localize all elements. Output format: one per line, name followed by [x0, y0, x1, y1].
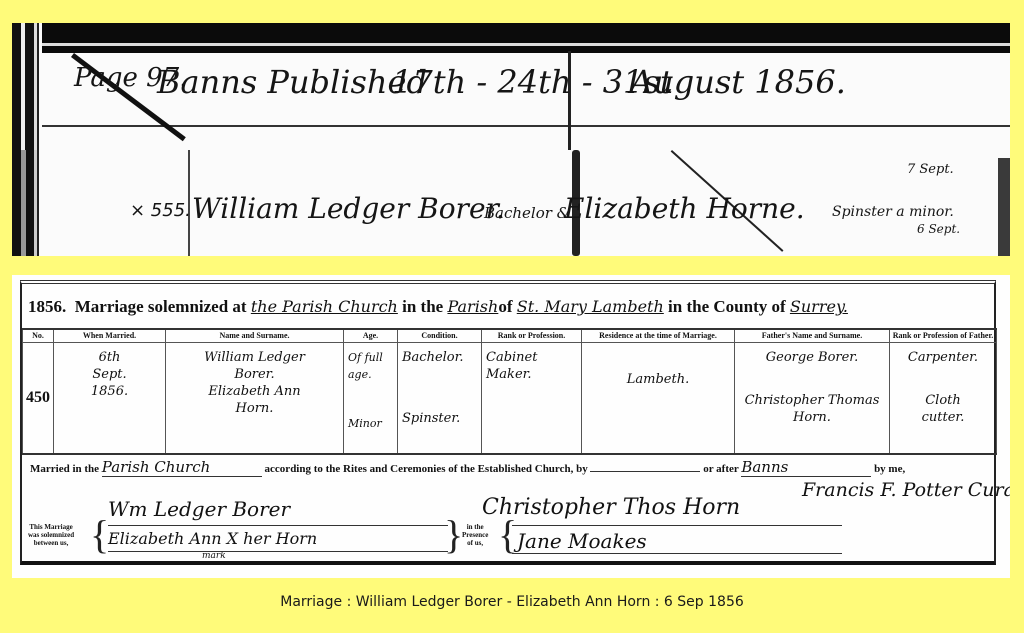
signature-line: [512, 525, 842, 526]
banns-bride-condition: Spinster a minor.: [832, 204, 954, 220]
condition-cell: Bachelor. Spinster.: [398, 342, 482, 454]
heading-text: in the: [402, 297, 443, 316]
banns-entry-banner: × 555. William Ledger Borer. Bachelor & …: [12, 150, 1010, 256]
row-rule: [42, 125, 1010, 127]
county-name: Surrey.: [790, 297, 848, 316]
col-header: Residence at the time of Marriage.: [582, 329, 735, 342]
district: Parish: [447, 297, 498, 316]
residence-cell: Lambeth.: [582, 342, 735, 454]
witness-2-signature: Jane Moakes: [517, 529, 647, 553]
groom-profession: Cabinet: [486, 349, 577, 366]
col-header: Age.: [344, 329, 398, 342]
place-of-marriage: the Parish Church: [251, 297, 398, 316]
parish-name: St. Mary Lambeth: [517, 297, 664, 316]
or-after-value: Banns: [741, 458, 871, 477]
left-brace: {: [498, 515, 517, 555]
col-header: No.: [23, 329, 54, 342]
banns-groom-condition: Bachelor &: [484, 204, 570, 222]
father-profession-cell: Carpenter. Cloth cutter.: [890, 342, 997, 454]
table-header-row: No. When Married. Name and Surname. Age.…: [23, 329, 997, 342]
entry-number: 450: [23, 342, 54, 454]
groom-name: William Ledger: [170, 349, 339, 366]
banns-published-banner: Page 97. Banns Published 17th - 24th - 3…: [12, 23, 1010, 150]
bride-father-profession: Cloth: [894, 392, 992, 409]
bride-signature: Elizabeth Ann X her Horn: [108, 529, 317, 548]
margin-note: 7 Sept.: [907, 162, 954, 177]
label-line: between us,: [28, 539, 74, 547]
groom-father-profession: Carpenter.: [894, 349, 992, 366]
residence: Lambeth.: [586, 371, 730, 388]
heading-text: in the County of: [668, 297, 786, 316]
age-cell: Of full age. Minor: [344, 342, 398, 454]
banns-groom-name: William Ledger Borer.: [192, 192, 505, 225]
by-me-label: by me,: [874, 463, 905, 475]
col-header: Name and Surname.: [166, 329, 344, 342]
groom-age: age.: [348, 366, 393, 383]
page-edge-dark: [12, 23, 1010, 53]
groom-age: Of full: [348, 349, 393, 366]
table-row: 450 6th Sept. 1856. William Ledger Borer…: [23, 342, 997, 454]
rites-text: according to the Rites and Ceremonies of…: [265, 463, 588, 475]
groom-profession: Maker.: [486, 366, 577, 383]
col-header: Father's Name and Surname.: [735, 329, 890, 342]
label-line: This Marriage: [28, 523, 74, 531]
right-brace: }: [444, 515, 463, 555]
bride-age: Minor: [348, 415, 393, 432]
signature-line: [108, 551, 448, 552]
register-heading: 1856. Marriage solemnized at the Parish …: [28, 297, 848, 317]
banns-bride-name: Elizabeth Horne.: [564, 192, 805, 225]
groom-surname: Borer.: [170, 366, 339, 383]
page-edge-right: [998, 158, 1010, 256]
witness-1-signature: Christopher Thos Horn: [482, 495, 740, 520]
label-line: Presence: [462, 531, 488, 539]
label-line: in the: [462, 523, 488, 531]
year: 1856.: [58, 383, 161, 400]
banns-month-year: August 1856.: [630, 63, 846, 101]
profession-cell: Cabinet Maker.: [482, 342, 582, 454]
between-us-label: This Marriage was solemnized between us,: [28, 523, 74, 547]
bride-father-name: Christopher Thomas: [739, 392, 885, 409]
presence-label: in the Presence of us,: [462, 523, 488, 547]
married-in-label: Married in the: [30, 463, 99, 475]
day: 6th: [58, 349, 161, 366]
month: Sept.: [58, 366, 161, 383]
heading-text: Marriage solemnized at: [75, 297, 247, 316]
married-in-value: Parish Church: [102, 458, 262, 477]
groom-condition: Bachelor.: [402, 349, 477, 366]
col-header: Condition.: [398, 329, 482, 342]
col-header: Rank or Profession of Father.: [890, 329, 997, 342]
or-after-label: or after: [703, 463, 738, 475]
banns-label: Banns Published: [157, 63, 427, 101]
register-table: No. When Married. Name and Surname. Age.…: [22, 328, 997, 455]
bride-father-profession: cutter.: [894, 409, 992, 426]
label-line: was solemnized: [28, 531, 74, 539]
bride-mark-label: mark: [202, 551, 226, 561]
bride-surname: Horn.: [170, 400, 339, 417]
col-header: When Married.: [54, 329, 166, 342]
marriage-register: 1856. Marriage solemnized at the Parish …: [12, 275, 1010, 578]
father-name-cell: George Borer. Christopher Thomas Horn.: [735, 342, 890, 454]
groom-father-name: George Borer.: [739, 349, 885, 366]
margin-note: 6 Sept.: [917, 222, 960, 236]
bride-name: Elizabeth Ann: [170, 383, 339, 400]
col-header: Rank or Profession.: [482, 329, 582, 342]
heading-text: of: [498, 297, 512, 316]
register-footer-line: Married in the Parish Church according t…: [30, 458, 905, 477]
left-brace: {: [90, 515, 109, 555]
groom-signature: Wm Ledger Borer: [108, 497, 290, 521]
binding-edge: [12, 23, 42, 150]
binding-edge: [12, 150, 42, 256]
image-caption: Marriage : William Ledger Borer - Elizab…: [0, 594, 1024, 610]
bride-condition: Spinster.: [402, 410, 477, 427]
names-cell: William Ledger Borer. Elizabeth Ann Horn…: [166, 342, 344, 454]
register-year: 1856.: [28, 297, 66, 316]
signature-line: [108, 525, 448, 526]
when-married-cell: 6th Sept. 1856.: [54, 342, 166, 454]
banns-entry-number: × 555.: [130, 200, 191, 221]
label-line: of us,: [462, 539, 488, 547]
bride-father-surname: Horn.: [739, 409, 885, 426]
signature-line: [512, 553, 842, 554]
licence-blank: [590, 471, 700, 472]
officiant-signature: Francis F. Potter Curate: [802, 479, 1010, 501]
page-rule: [32, 43, 1010, 46]
